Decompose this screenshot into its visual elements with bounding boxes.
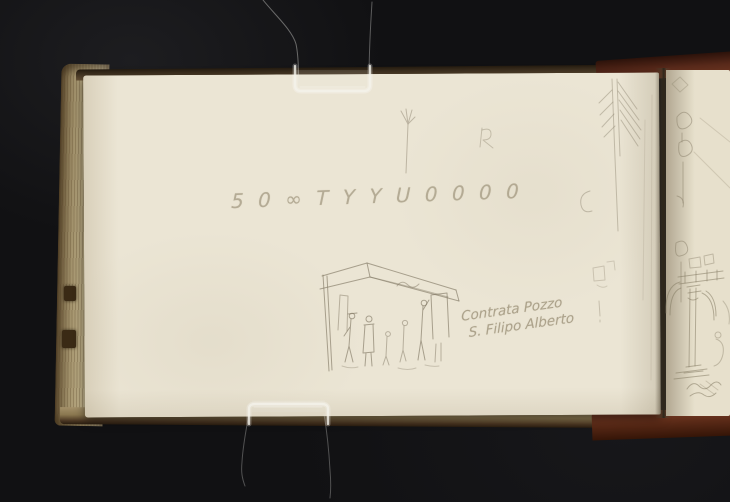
- right-page: [666, 70, 730, 416]
- photo-stage: 5 0 ∞ T Y Y U 0 0 0 0 Contrata Pozzo S. …: [0, 0, 730, 502]
- binding-hole: [62, 330, 76, 348]
- binding-hole: [64, 286, 76, 301]
- left-page: [83, 72, 661, 417]
